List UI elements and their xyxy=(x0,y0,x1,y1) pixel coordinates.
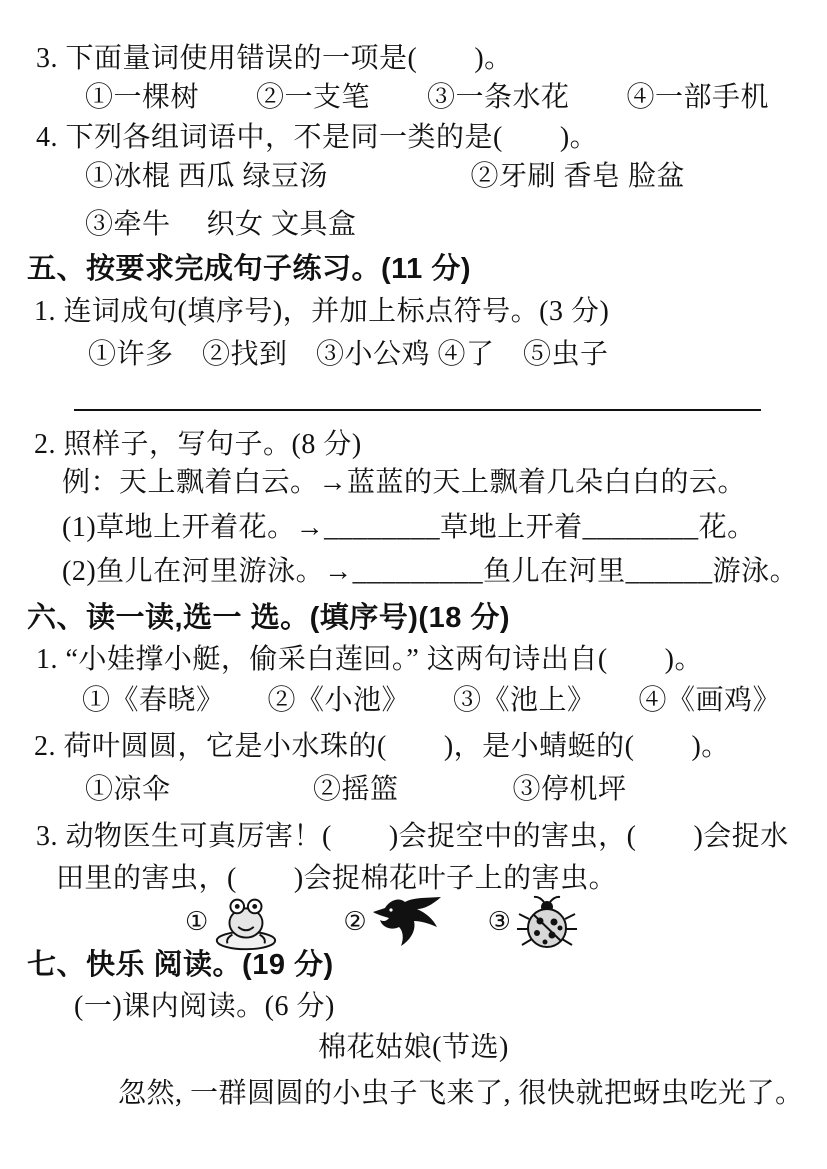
section-6-heading: 六、读一读,选一 选。(填序号)(18 分) xyxy=(27,601,510,635)
picture-option-frog: ① xyxy=(185,893,279,951)
question-4-options-row2: ③牵牛 织女 文具盒 xyxy=(85,208,357,242)
question-4-options-row1: ①冰棍 西瓜 绿豆汤 ②牙刷 香皂 脸盆 xyxy=(85,160,685,194)
section-7-heading: 七、快乐 阅读。(19 分) xyxy=(27,948,334,982)
question-3: 3. 下面量词使用错误的一项是( )。 xyxy=(36,42,513,76)
answer-blank-line xyxy=(74,409,761,411)
section-5-q2-example: 例：天上飘着白云。→蓝蓝的天上飘着几朵白白的云。 xyxy=(62,466,746,500)
section-5-q1-options: ①许多 ②找到 ③小公鸡 ④了 ⑤虫子 xyxy=(88,338,609,372)
section-6-q1-options: ①《春晓》 ②《小池》 ③《池上》 ④《画鸡》 xyxy=(82,684,781,718)
section-5-q2-item2: (2)鱼儿在河里游泳。→_________鱼儿在河里______游泳。 xyxy=(62,555,798,589)
picture-option-swallow: ② xyxy=(343,896,443,948)
question-3-options: ①一棵树 ②一支笔 ③一条水花 ④一部手机 xyxy=(85,81,769,115)
test-paper-page: 3. 下面量词使用错误的一项是( )。 ①一棵树 ②一支笔 ③一条水花 ④一部手… xyxy=(0,0,827,1169)
swallow-icon xyxy=(370,896,444,948)
question-4: 4. 下列各组词语中，不是同一类的是( )。 xyxy=(36,121,598,155)
picture-options-row: ① ② xyxy=(185,893,580,951)
circled-1-label: ① xyxy=(185,907,208,937)
section-7-sub-heading: (一)课内阅读。(6 分) xyxy=(74,990,335,1024)
section-5-q2-item1: (1)草地上开着花。→________草地上开着________花。 xyxy=(62,511,756,545)
frog-icon xyxy=(211,893,279,951)
section-6-q3-line1: 3. 动物医生可真厉害！( )会捉空中的害虫，( )会捉水 xyxy=(36,820,789,854)
section-6-q2-options: ①凉伞 ②摇篮 ③停机坪 xyxy=(85,773,627,807)
section-6-q1: 1. “小娃撑小艇，偷采白莲回。” 这两句诗出自( )。 xyxy=(36,643,703,677)
passage-title: 棉花姑娘(节选) xyxy=(0,1031,827,1065)
ladybug-icon xyxy=(514,894,580,950)
circled-3-label: ③ xyxy=(488,907,511,937)
passage-line-1: 忽然, 一群圆圆的小虫子飞来了, 很快就把蚜虫吃光了。 xyxy=(118,1077,804,1111)
section-5-q2: 2. 照样子，写句子。(8 分) xyxy=(34,428,362,462)
section-5-q1: 1. 连词成句(填序号)，并加上标点符号。(3 分) xyxy=(34,295,609,329)
section-6-q3-line2: 田里的害虫，( )会捉棉花叶子上的害虫。 xyxy=(56,862,617,896)
picture-option-ladybug: ③ xyxy=(488,894,580,950)
circled-2-label: ② xyxy=(343,907,366,937)
section-5-heading: 五、按要求完成句子练习。(11 分) xyxy=(27,252,471,286)
section-6-q2: 2. 荷叶圆圆，它是小水珠的( )，是小蜻蜓的( )。 xyxy=(34,730,730,764)
